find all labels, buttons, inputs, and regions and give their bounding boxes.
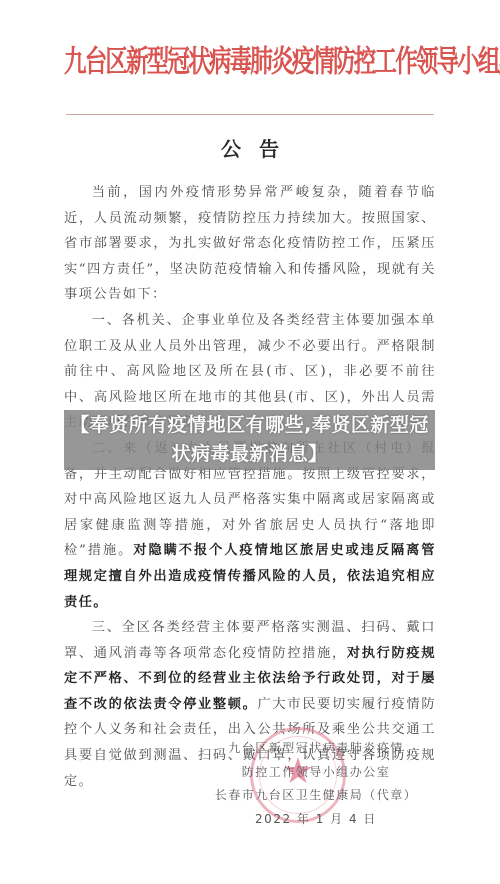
- overlay-banner-text: 【奉贤所有疫情地区有哪些,奉贤区新型冠状病毒最新消息】: [64, 411, 435, 469]
- notice-body: 当前，国内外疫情形势异常严峻复杂，随着春节临近，人员流动频繁，疫情防控压力持续加…: [64, 180, 436, 794]
- signature-date: 2022 年 1 月 4 日: [200, 808, 432, 832]
- notice-title: 公告: [0, 133, 500, 162]
- paragraph-intro: 当前，国内外疫情形势异常严峻复杂，随着春节临近，人员流动频繁，疫情防控压力持续加…: [64, 180, 436, 308]
- signature-block: 九台区新型冠状病毒肺炎疫情 防控工作领导小组办公室 长春市九台区卫生健康局（代章…: [200, 737, 432, 831]
- paragraph-text: 当前，国内外疫情形势异常严峻复杂，随着春节临近，人员流动频繁，疫情防控压力持续加…: [64, 185, 436, 302]
- signature-line-1: 九台区新型冠状病毒肺炎疫情: [200, 737, 432, 761]
- issuer-header: 九台区新型冠状病毒肺炎疫情防控工作领导小组办公室: [64, 32, 436, 91]
- signature-line-3: 长春市九台区卫生健康局（代章）: [200, 784, 432, 808]
- header-divider: [66, 114, 434, 115]
- signature-line-2: 防控工作领导小组办公室: [200, 761, 432, 785]
